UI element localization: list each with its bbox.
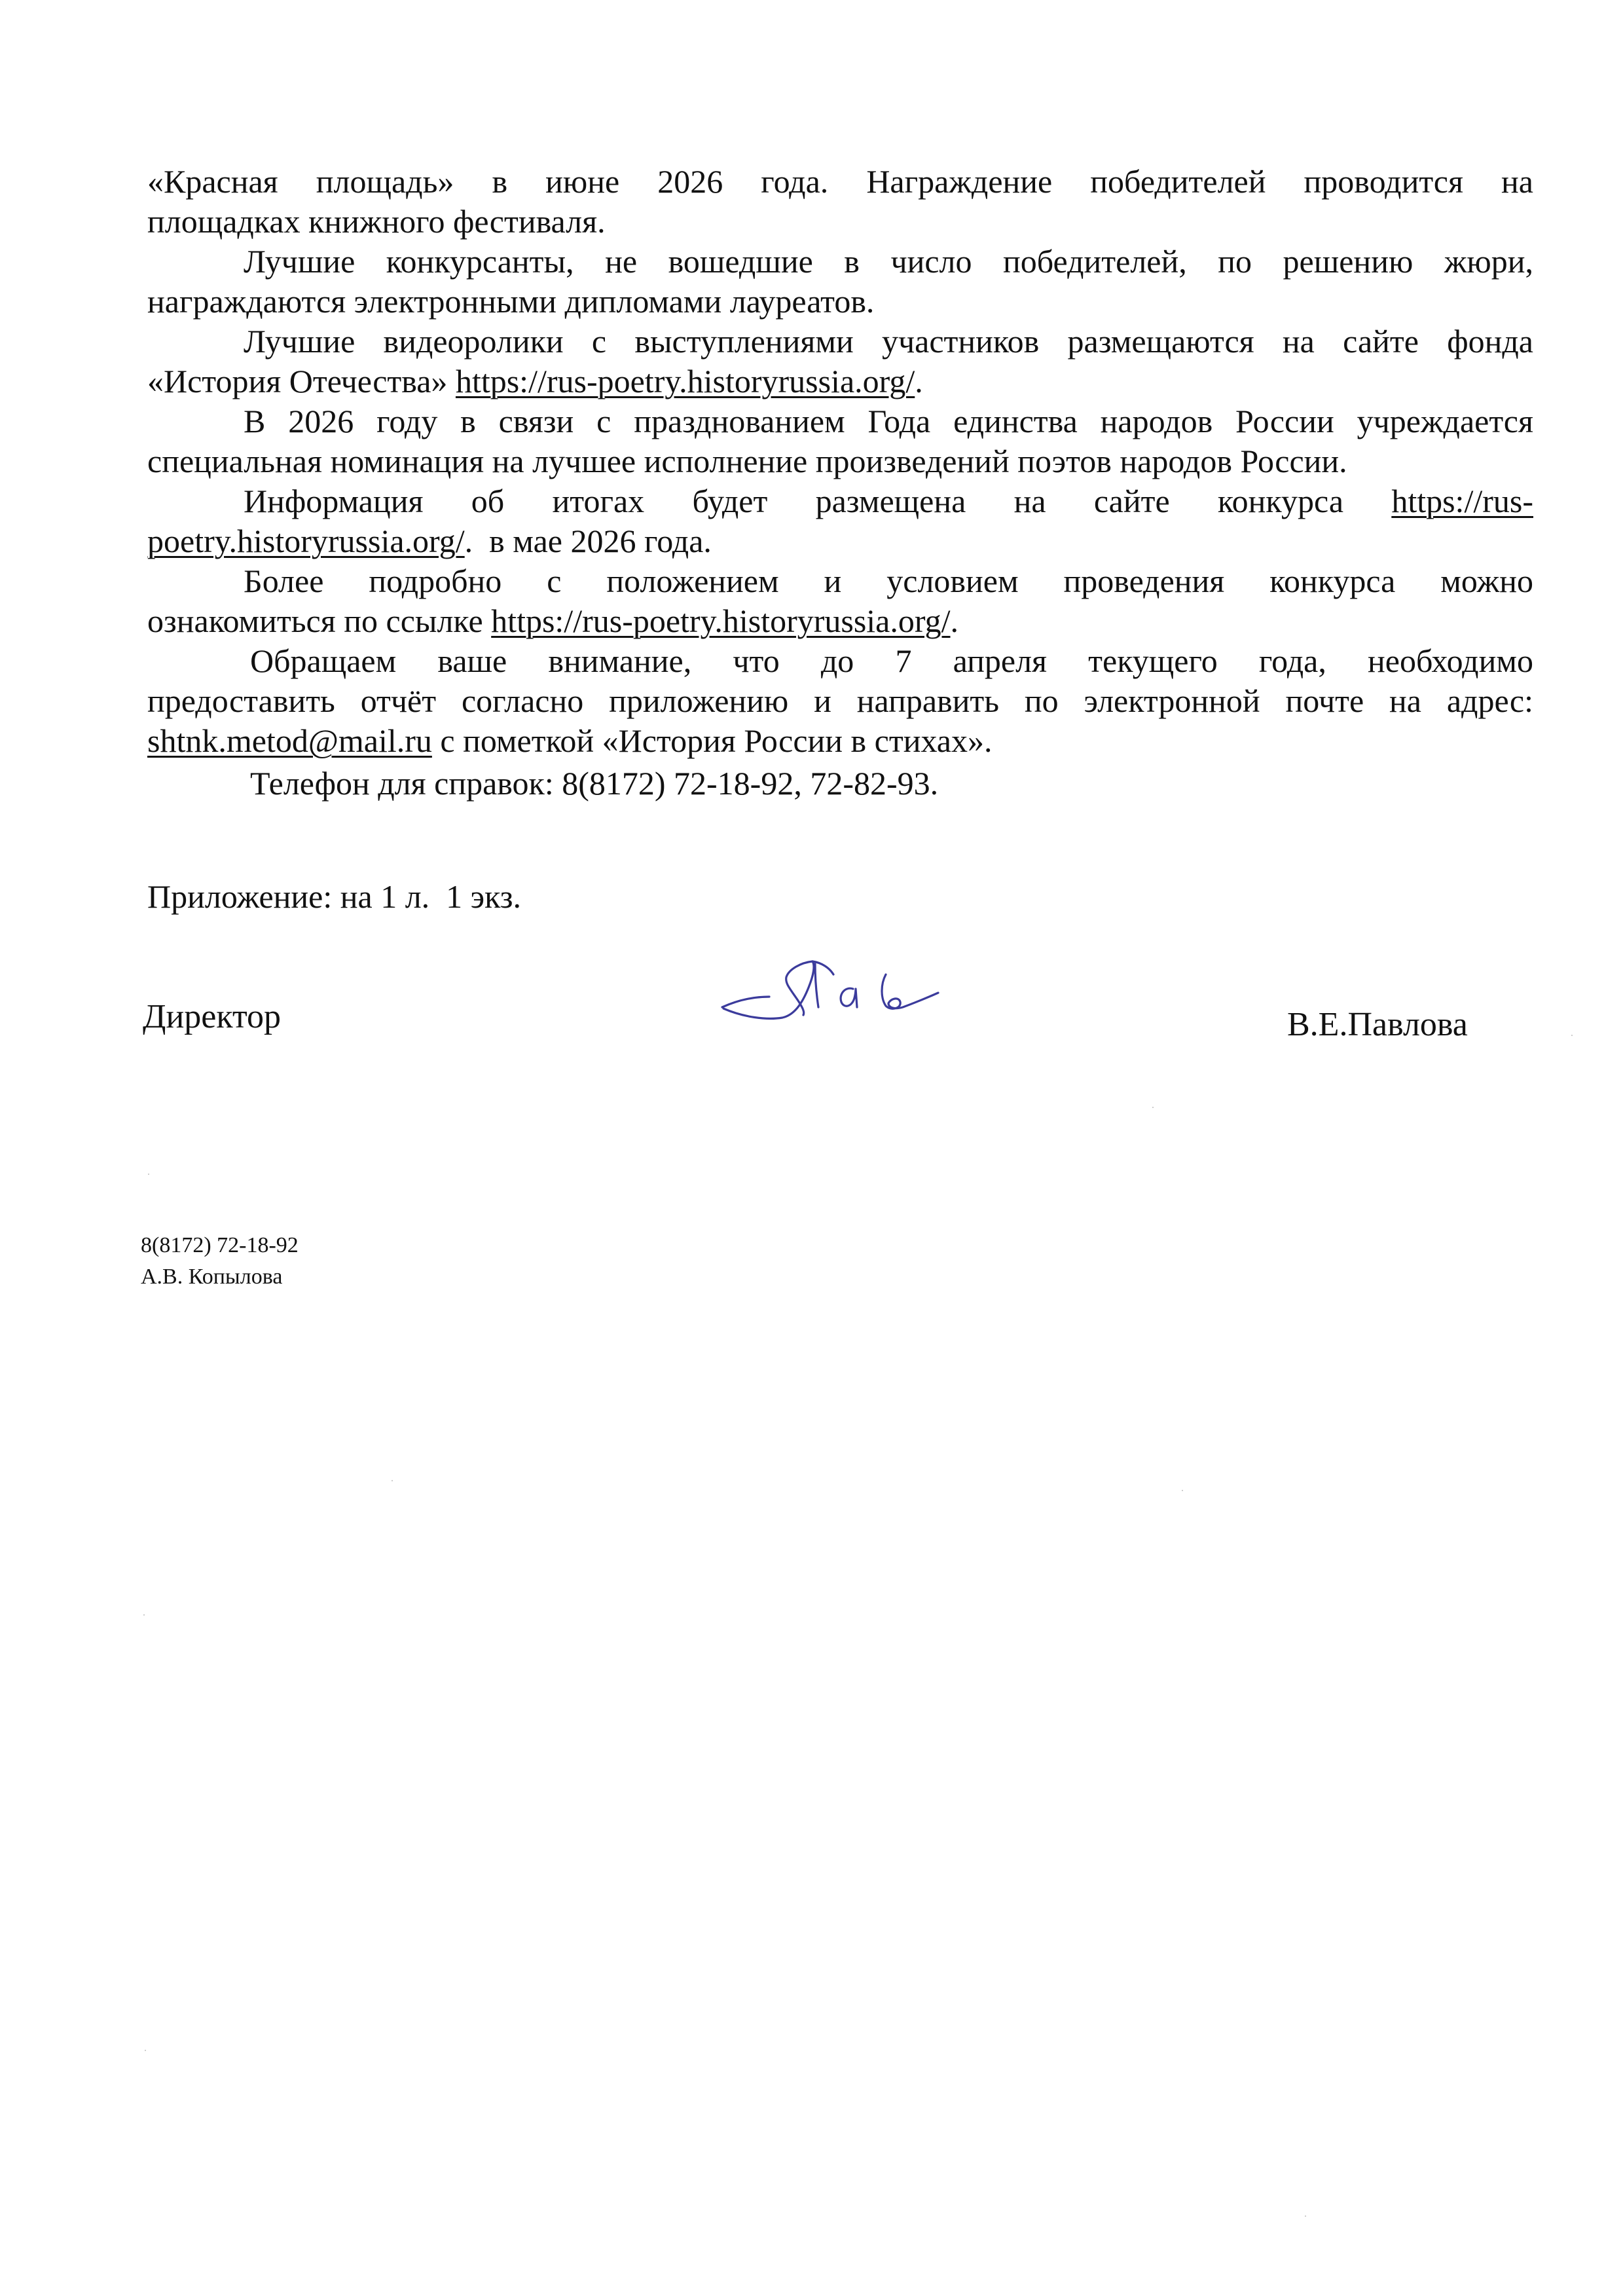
body-line: предоставить отчёт согласно приложению и… xyxy=(147,681,1533,721)
scan-speck xyxy=(145,2050,146,2051)
body-line: Более подробно с положением и условием п… xyxy=(147,561,1533,601)
body-line: Лучшие видеоролики с выступлениями участ… xyxy=(147,322,1533,361)
body-text-fragment: «История Отечества» xyxy=(147,363,456,399)
body-text-fragment: с пометкой «История России в стихах». xyxy=(432,722,993,759)
body-text-fragment: . в мае 2026 года. xyxy=(465,523,712,559)
body-line: poetry.historyrussia.org/. в мае 2026 го… xyxy=(147,521,1533,561)
scan-speck xyxy=(1305,2215,1306,2217)
site-link[interactable]: https://rus-poetry.historyrussia.org/ xyxy=(456,363,915,399)
body-text-fragment: . xyxy=(915,363,923,399)
body-line: Лучшие конкурсанты, не вошедшие в число … xyxy=(147,242,1533,282)
body-line: «История Отечества» https://rus-poetry.h… xyxy=(147,361,1533,401)
site-link[interactable]: poetry.historyrussia.org/ xyxy=(147,523,465,559)
scan-speck xyxy=(148,1174,149,1175)
scan-speck xyxy=(143,1614,145,1616)
site-link[interactable]: https://rus-poetry.historyrussia.org/ xyxy=(491,602,950,639)
body-line: Информация об итогах будет размещена на … xyxy=(147,481,1533,521)
handwritten-signature-icon xyxy=(717,955,939,1027)
scan-speck xyxy=(1571,1035,1573,1036)
body-line: награждаются электронными дипломами лаур… xyxy=(147,282,1533,322)
site-link[interactable]: https://rus- xyxy=(1391,483,1533,519)
body-text-fragment: Информация об итогах будет размещена на … xyxy=(244,483,1391,519)
email-link[interactable]: shtnk.metod@mail.ru xyxy=(147,722,432,759)
scan-speck xyxy=(1152,1107,1154,1108)
body-text-fragment: . xyxy=(951,602,959,639)
signatory-title: Директор xyxy=(143,997,281,1037)
attachment-note: Приложение: на 1 л. 1 экз. xyxy=(147,877,521,917)
letter-body: «Красная площадь» в июне 2026 года. Нагр… xyxy=(147,162,1533,804)
executor-contact: 8(8172) 72-18-92 А.В. Копылова xyxy=(141,1230,299,1293)
executor-name: А.В. Копылова xyxy=(141,1261,299,1293)
body-line: Телефон для справок: 8(8172) 72-18-92, 7… xyxy=(147,764,1533,804)
body-line: shtnk.metod@mail.ru с пометкой «История … xyxy=(147,721,1533,761)
executor-phone: 8(8172) 72-18-92 xyxy=(141,1230,299,1261)
body-line: Обращаем ваше внимание, что до 7 апреля … xyxy=(147,641,1533,681)
body-line: В 2026 году в связи с празднованием Года… xyxy=(147,401,1533,441)
document-page: «Красная площадь» в июне 2026 года. Нагр… xyxy=(0,0,1623,2296)
scan-speck xyxy=(1182,1490,1183,1491)
body-line: специальная номинация на лучшее исполнен… xyxy=(147,441,1533,481)
body-line: площадках книжного фестиваля. xyxy=(147,202,1533,242)
body-line: «Красная площадь» в июне 2026 года. Нагр… xyxy=(147,162,1533,202)
body-line: ознакомиться по ссылке https://rus-poetr… xyxy=(147,601,1533,641)
signatory-name: В.Е.Павлова xyxy=(1287,1005,1468,1045)
body-text-fragment: ознакомиться по ссылке xyxy=(147,602,491,639)
scan-speck xyxy=(392,1480,393,1481)
